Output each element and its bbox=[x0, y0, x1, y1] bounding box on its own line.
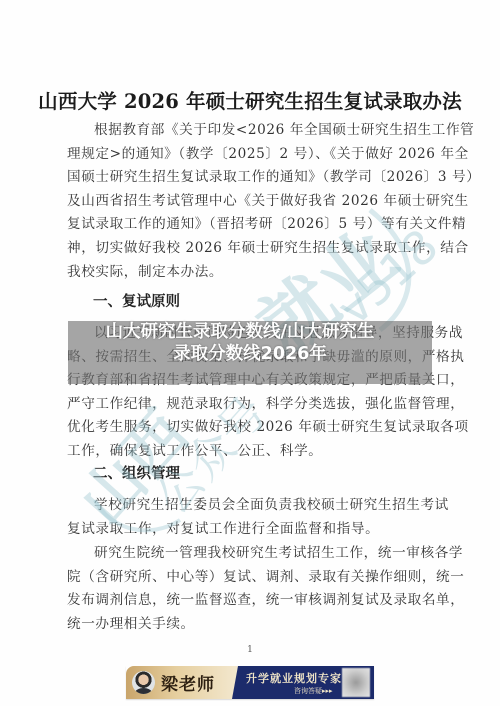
intro-paragraph: 根据教育部《关于印发<2026 年全国硕士研究生招生工作管 理规定>的通知》（教… bbox=[67, 119, 439, 284]
text-line: 国硕士研究生招生复试录取工作的通知》（教学司〔2026〕3 号） bbox=[67, 166, 439, 190]
text-line: 研究生院统一管理我校研究生考试招生工作，统一审核各学 bbox=[67, 542, 439, 566]
organization-paragraph-2: 研究生院统一管理我校研究生考试招生工作，统一审核各学 院（含研究所、中心等）复试… bbox=[67, 542, 439, 636]
text-line: 统一办理相关手续。 bbox=[67, 613, 439, 637]
text-line: 发布调剂信息，统一监督巡查，统一审核调剂复试及录取名单， bbox=[67, 589, 439, 613]
headline-overlay: 山大研究生录取分数线/山大研究生 录取分数线2026年 bbox=[68, 322, 432, 365]
consult-link[interactable]: 咨询答疑▸▸▸ bbox=[294, 686, 333, 696]
text-line: 根据教育部《关于印发<2026 年全国硕士研究生招生工作管 bbox=[67, 119, 439, 143]
text-line: 理规定>的通知》（教学〔2025〕2 号）、《关于做好 2026 年全 bbox=[67, 143, 439, 167]
headline-line-2: 录取分数线2026年 bbox=[68, 344, 432, 366]
text-line: 院（含研究所、中心等）复试、调剂、录取有关操作细则，统一 bbox=[67, 566, 439, 590]
consultant-banner[interactable]: 梁老师 升学就业规划专家 咨询答疑▸▸▸ bbox=[126, 666, 374, 699]
text-line: 神，切实做好我校 2026 年硕士研究生招生复试录取工作，结合 bbox=[67, 237, 439, 261]
text-line: 工作，确保复试工作公平、公正、科学。 bbox=[67, 440, 439, 464]
document-page: 山西大学 2026 年硕士研究生招生复试录取办法 根据教育部《关于印发<2026… bbox=[0, 0, 500, 706]
document-title: 山西大学 2026 年硕士研究生招生复试录取办法 bbox=[0, 86, 500, 114]
text-line: 复试录取工作的通知》（晋招考研〔2026〕5 号）等有关文件精 bbox=[67, 213, 439, 237]
banner-slogan-panel: 升学就业规划专家 咨询答疑▸▸▸ bbox=[232, 666, 374, 699]
text-line: 学校研究生招生委员会全面负责我校硕士研究生招生考试 bbox=[67, 494, 439, 518]
qr-code-icon[interactable] bbox=[342, 668, 370, 697]
banner-slogan: 升学就业规划专家 bbox=[246, 670, 342, 686]
section-heading-organization: 二、组织管理 bbox=[93, 462, 180, 483]
text-line: 我校实际，制定本办法。 bbox=[67, 261, 439, 285]
text-line: 优化考生服务，切实做好我校 2026 年硕士研究生复试录取各项 bbox=[67, 416, 439, 440]
banner-name-panel: 梁老师 bbox=[126, 666, 238, 699]
headline-line-1: 山大研究生录取分数线/山大研究生 bbox=[68, 322, 432, 344]
text-line: 严守工作纪律，规范录取行为，科学分类选拔，强化监督管理， bbox=[67, 393, 439, 417]
text-line: 及山西省招生考试管理中心《关于做好我省 2026 年硕士研究生 bbox=[67, 190, 439, 214]
teacher-name: 梁老师 bbox=[161, 670, 215, 695]
teacher-avatar-icon bbox=[132, 671, 155, 694]
section-heading-principles: 一、复试原则 bbox=[93, 290, 180, 311]
page-number: 1 bbox=[0, 645, 500, 655]
text-line: 复试录取工作，对复试工作进行全面监督和指导。 bbox=[67, 518, 439, 542]
organization-paragraph-1: 学校研究生招生委员会全面负责我校硕士研究生招生考试 复试录取工作，对复试工作进行… bbox=[67, 494, 439, 541]
